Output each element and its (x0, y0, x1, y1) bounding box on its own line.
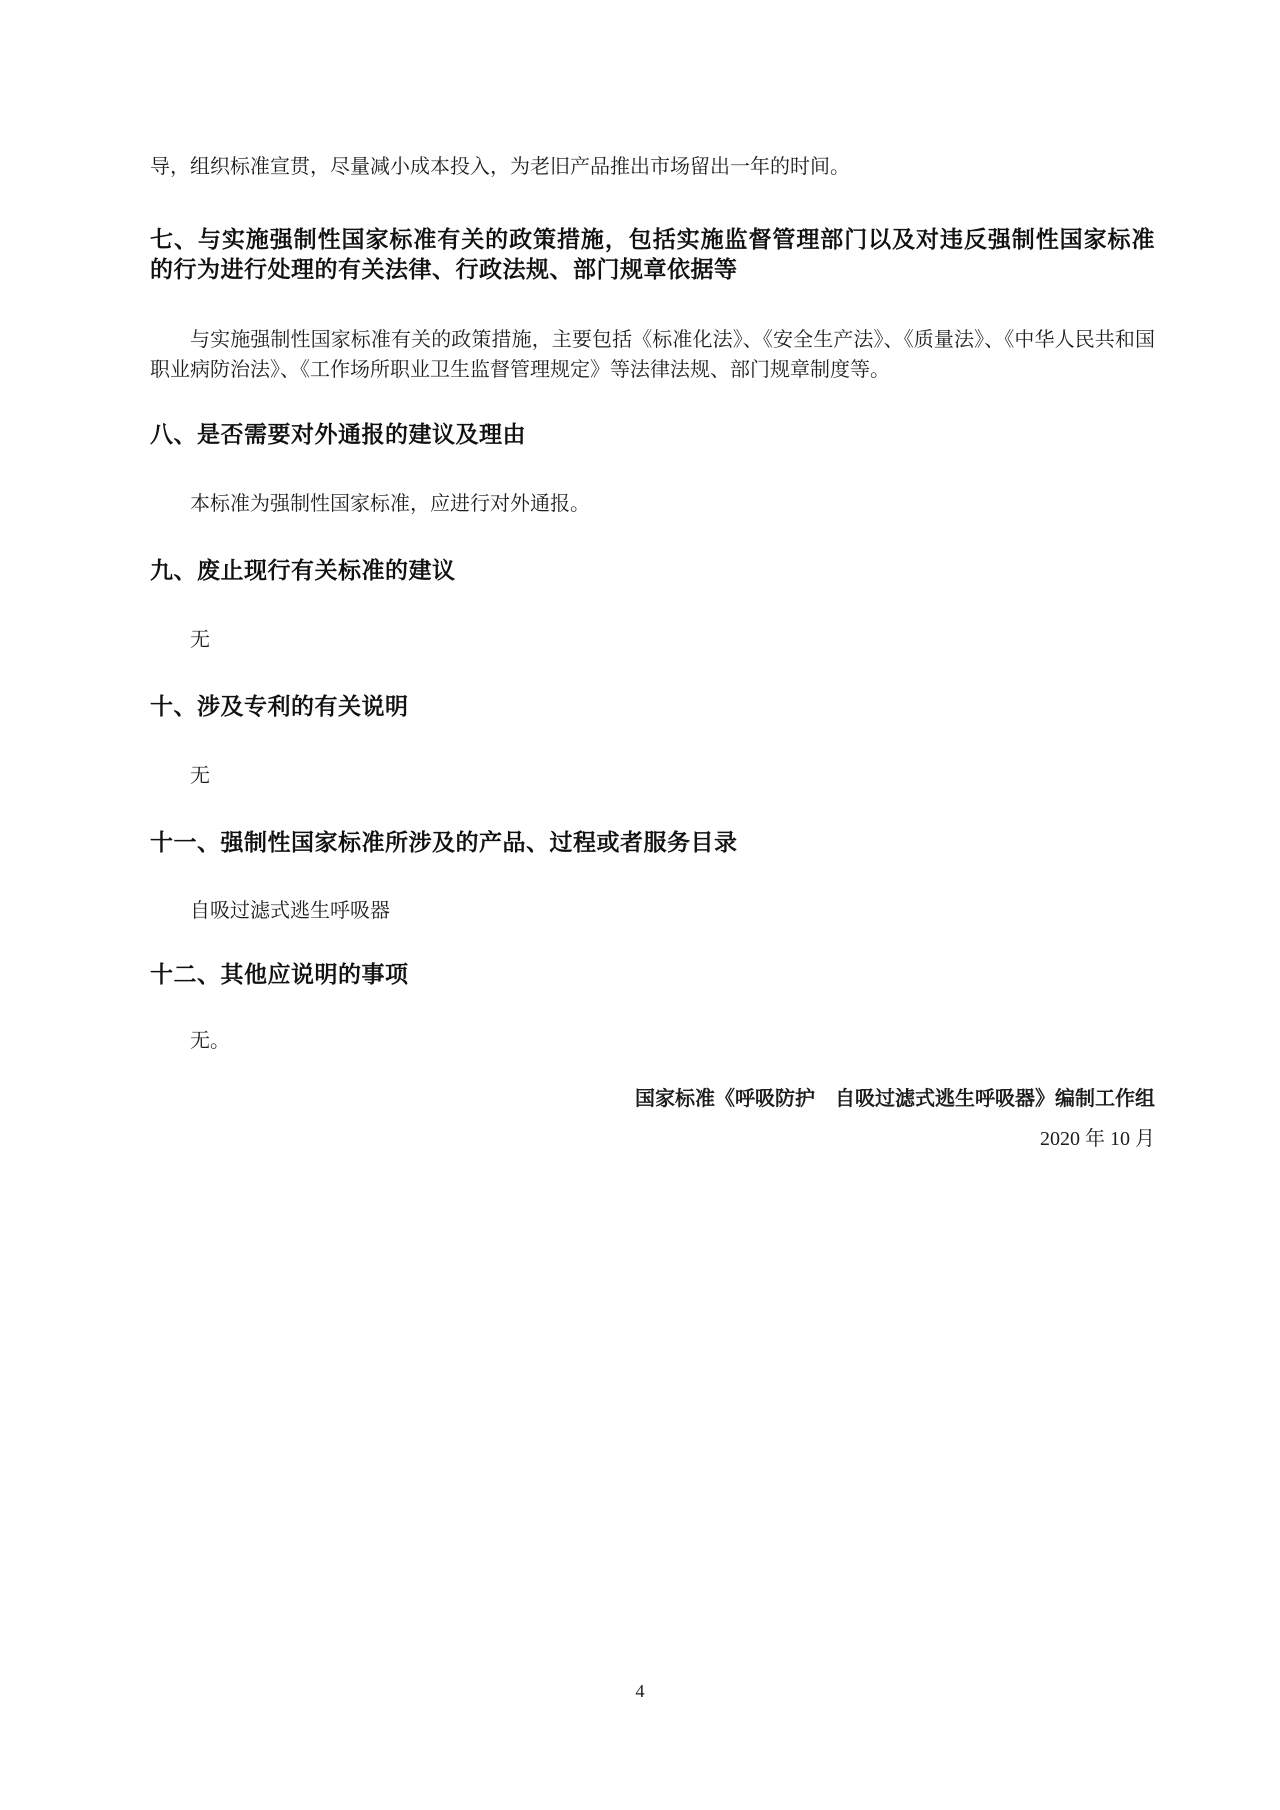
section-12-body: 无。 (150, 1026, 1155, 1056)
section-7-body: 与实施强制性国家标准有关的政策措施，主要包括《标准化法》、《安全生产法》、《质量… (150, 325, 1155, 385)
section-11-body: 自吸过滤式逃生呼吸器 (150, 896, 1155, 926)
section-8-heading: 八、是否需要对外通报的建议及理由 (150, 419, 1155, 449)
section-12-heading: 十二、其他应说明的事项 (150, 959, 1155, 989)
drafting-group-signature: 国家标准《呼吸防护 自吸过滤式逃生呼吸器》编制工作组 (150, 1086, 1155, 1112)
section-9-heading: 九、废止现行有关标准的建议 (150, 555, 1155, 585)
section-7-heading: 七、与实施强制性国家标准有关的政策措施，包括实施监督管理部门以及对违反强制性国家… (150, 224, 1155, 284)
document-page: 导，组织标准宣贯，尽量减小成本投入，为老旧产品推出市场留出一年的时间。 七、与实… (0, 0, 1280, 1810)
section-11-heading: 十一、强制性国家标准所涉及的产品、过程或者服务目录 (150, 827, 1155, 857)
section-8-body: 本标准为强制性国家标准，应进行对外通报。 (150, 489, 1155, 519)
page-number: 4 (0, 1680, 1280, 1702)
section-10-heading: 十、涉及专利的有关说明 (150, 691, 1155, 721)
section-10-body: 无 (150, 761, 1155, 791)
continuation-paragraph-line: 导，组织标准宣贯，尽量减小成本投入，为老旧产品推出市场留出一年的时间。 (150, 152, 1155, 182)
document-date: 2020 年 10 月 (150, 1126, 1155, 1152)
section-9-body: 无 (150, 625, 1155, 655)
